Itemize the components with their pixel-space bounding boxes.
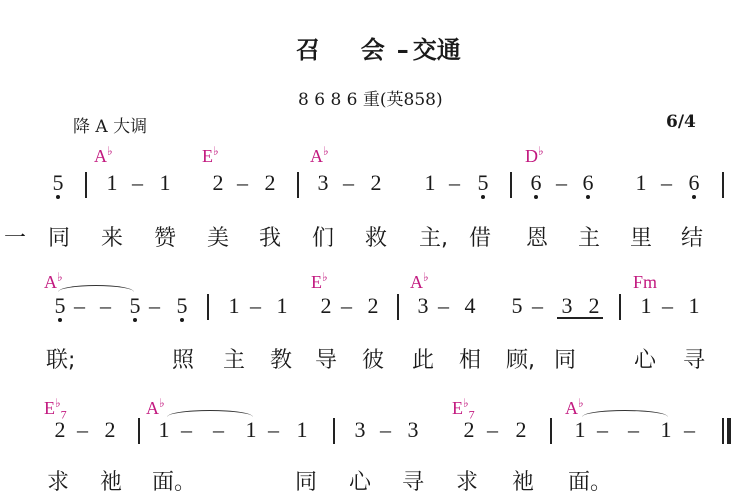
- dash: –: [77, 417, 88, 443]
- chord-symbol: E♭: [311, 272, 328, 293]
- lyric: 相: [459, 343, 481, 374]
- dash: –: [341, 293, 352, 319]
- lyric: 面。: [568, 465, 612, 496]
- verse-number: 一: [4, 221, 26, 252]
- note: 1: [157, 170, 173, 196]
- lyric: 来: [101, 221, 123, 252]
- note: 2: [318, 293, 334, 319]
- dash: –: [597, 417, 608, 443]
- lyric: 主: [578, 221, 600, 252]
- lyric: 面。: [152, 465, 196, 496]
- lyric: 借: [469, 221, 491, 252]
- dash: –: [149, 293, 160, 319]
- lyric: 寻: [402, 465, 424, 496]
- barline: [619, 294, 621, 320]
- lyric: 此: [412, 343, 434, 374]
- lyric: 求: [47, 465, 69, 496]
- note: 5: [174, 293, 190, 319]
- lyric: 里: [630, 221, 652, 252]
- lyric: 照: [172, 343, 194, 374]
- key-signature: 降 A 大调: [73, 112, 147, 137]
- dash: –: [268, 417, 279, 443]
- note: 2: [513, 417, 529, 443]
- note: 2: [52, 417, 68, 443]
- note: 4: [462, 293, 478, 319]
- lyric: 祂: [512, 465, 534, 496]
- dash: –: [380, 417, 391, 443]
- underline-beam: [557, 317, 603, 319]
- note: 1: [638, 293, 654, 319]
- note: 3: [559, 293, 575, 319]
- dash: –: [487, 417, 498, 443]
- lyric: 美: [207, 221, 229, 252]
- chord-symbol: E♭: [202, 146, 219, 167]
- tie: [58, 285, 134, 292]
- note: 1: [226, 293, 242, 319]
- dash: –: [438, 293, 449, 319]
- dash: –: [132, 170, 143, 196]
- chord-symbol: A♭: [565, 398, 584, 419]
- barline: [85, 172, 87, 198]
- note: 3: [315, 170, 331, 196]
- lyric: 心: [349, 465, 371, 496]
- lyric: 结: [681, 221, 703, 252]
- note: 2: [461, 417, 477, 443]
- note: 2: [368, 170, 384, 196]
- dash: –: [74, 293, 85, 319]
- lyric: 恩: [526, 221, 548, 252]
- barline: [510, 172, 512, 198]
- note: 2: [586, 293, 602, 319]
- barline: [722, 172, 724, 198]
- note: 5: [475, 170, 491, 196]
- lyric: 赞: [154, 221, 176, 252]
- note: 5: [52, 293, 68, 319]
- chord-symbol: A♭: [410, 272, 429, 293]
- note: 1: [294, 417, 310, 443]
- chord-symbol: A♭: [146, 398, 165, 419]
- note: 6: [528, 170, 544, 196]
- dash: –: [343, 170, 354, 196]
- dash: –: [213, 417, 224, 443]
- lyric: 我: [259, 221, 281, 252]
- note: 6: [686, 170, 702, 196]
- lyric: 同: [295, 465, 317, 496]
- lyric: 同: [48, 221, 70, 252]
- meter-info: 8 6 8 6 重(英858): [298, 85, 443, 110]
- dash: –: [250, 293, 261, 319]
- hymn-category: 交通: [413, 36, 461, 64]
- note: 1: [686, 293, 702, 319]
- lyric: 主,: [419, 221, 448, 252]
- lyric: 心: [634, 343, 656, 374]
- title-separator: –: [397, 36, 409, 64]
- barline: [297, 172, 299, 198]
- tie: [167, 410, 253, 417]
- note: 3: [405, 417, 421, 443]
- dash: –: [532, 293, 543, 319]
- lyric: 祂: [100, 465, 122, 496]
- barline: [333, 418, 335, 444]
- lyric: 教: [270, 343, 292, 374]
- dash: –: [100, 293, 111, 319]
- chord-symbol: Fm: [633, 272, 657, 293]
- dash: –: [181, 417, 192, 443]
- dash: –: [449, 170, 460, 196]
- dash: –: [556, 170, 567, 196]
- note: 3: [415, 293, 431, 319]
- chord-symbol: D♭: [525, 146, 544, 167]
- barline: [550, 418, 552, 444]
- note: 1: [572, 417, 588, 443]
- lyric: 们: [312, 221, 334, 252]
- note: 2: [262, 170, 278, 196]
- lyric: 顾,: [506, 343, 535, 374]
- chord-symbol: A♭: [310, 146, 329, 167]
- note: 3: [352, 417, 368, 443]
- note: 1: [422, 170, 438, 196]
- lyric: 主: [223, 343, 245, 374]
- title-text: 召 会: [296, 36, 393, 64]
- note: 1: [104, 170, 120, 196]
- lyric: 导: [315, 343, 337, 374]
- dash: –: [628, 417, 639, 443]
- lyric: 救: [365, 221, 387, 252]
- note: 1: [274, 293, 290, 319]
- note: 2: [365, 293, 381, 319]
- lyric: 联;: [46, 343, 75, 374]
- lyric: 寻: [683, 343, 705, 374]
- note: 1: [633, 170, 649, 196]
- note: 1: [658, 417, 674, 443]
- note: 5: [50, 170, 66, 196]
- barline: [397, 294, 399, 320]
- lyric: 同: [554, 343, 576, 374]
- barline: [207, 294, 209, 320]
- time-signature: 6/4: [666, 112, 696, 132]
- tie: [582, 410, 668, 417]
- dash: –: [661, 170, 672, 196]
- note: 6: [580, 170, 596, 196]
- chord-symbol: A♭: [94, 146, 113, 167]
- barline: [138, 418, 140, 444]
- dash: –: [237, 170, 248, 196]
- dash: –: [684, 417, 695, 443]
- hymn-title: 召 会–交通: [296, 30, 461, 65]
- final-barline-thin: [722, 418, 724, 444]
- final-barline-thick: [727, 418, 731, 444]
- note: 5: [127, 293, 143, 319]
- note: 2: [210, 170, 226, 196]
- lyric: 求: [456, 465, 478, 496]
- note: 5: [509, 293, 525, 319]
- note: 1: [156, 417, 172, 443]
- lyric: 彼: [362, 343, 384, 374]
- note: 1: [243, 417, 259, 443]
- dash: –: [662, 293, 673, 319]
- note: 2: [102, 417, 118, 443]
